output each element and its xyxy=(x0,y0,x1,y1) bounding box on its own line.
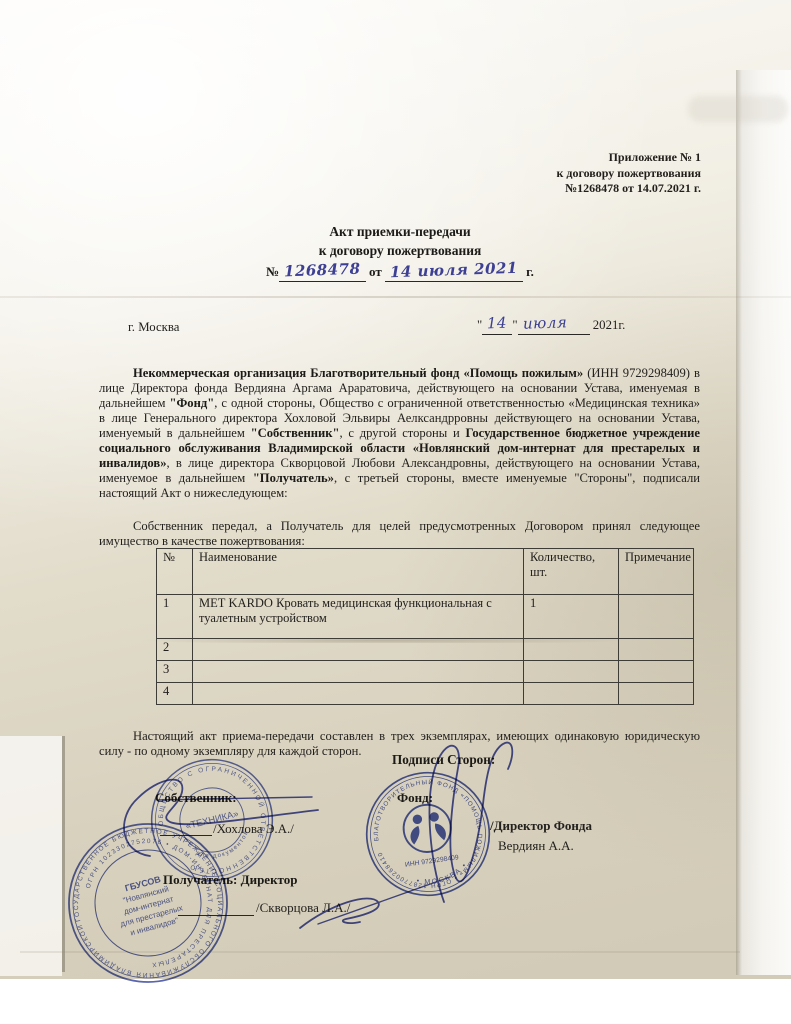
table-cell xyxy=(193,683,524,705)
table-header-cell: Примечание xyxy=(619,549,694,595)
city-label: г. Москва xyxy=(128,320,179,335)
table-cell xyxy=(524,639,619,661)
table-cell xyxy=(619,639,694,661)
doc-title-number-line: №1268478 от 14 июля 2021 г. xyxy=(100,264,700,282)
handwritten-contract-date: 14 июля 2021 xyxy=(390,261,518,281)
paper-left-margin xyxy=(0,736,62,976)
intro-bold-run: "Собственник" xyxy=(251,426,340,440)
table-cell: МЕТ KARDO Кровать медицинская функционал… xyxy=(193,595,524,639)
goods-table: №НаименованиеКоличество, шт.Примечание 1… xyxy=(156,548,694,705)
goods-table-wrapper: №НаименованиеКоличество, шт.Примечание 1… xyxy=(156,548,694,705)
appendix-line3: №1268478 от 14.07.2021 г. xyxy=(556,181,701,197)
fund-name: Вердиян А.А. xyxy=(498,838,574,854)
paper-right-edge-shadow xyxy=(736,70,791,975)
receiver-institution-stamp: ГОСУДАРСТВЕННОЕ БЮДЖЕТНОЕ УЧРЕЖДЕНИЕ СОЦ… xyxy=(63,818,233,988)
table-cell xyxy=(619,595,694,639)
appendix-note: Приложение № 1 к договору пожертвования … xyxy=(556,150,701,197)
scanned-document: Приложение № 1 к договору пожертвования … xyxy=(0,0,791,1024)
table-cell: 1 xyxy=(524,595,619,639)
intro-text-run: , с другой стороны и xyxy=(339,426,465,440)
table-row: 3 xyxy=(157,661,694,683)
table-row: 1МЕТ KARDO Кровать медицинская функциона… xyxy=(157,595,694,639)
appendix-line2: к договору пожертвования xyxy=(556,166,701,182)
intro-bold-run: "Фонд" xyxy=(170,396,215,410)
scan-smudge xyxy=(688,96,788,122)
table-cell: 1 xyxy=(157,595,193,639)
fund-stamp-inn-text: ИНН 9729298409 xyxy=(405,854,460,868)
table-row: 2 xyxy=(157,639,694,661)
table-cell xyxy=(619,683,694,705)
g-label: г. xyxy=(526,264,534,279)
receiver-name: /Скворцова Л.А./ xyxy=(256,900,350,916)
date-line: "14"июля 2021г. xyxy=(477,317,625,335)
doc-title-line2: к договору пожертвования xyxy=(100,243,700,259)
doc-title-line1: Акт приемки-передачи xyxy=(100,224,700,240)
intro-bold-run: Некоммерческая организация Благотворител… xyxy=(133,366,583,380)
table-cell: 4 xyxy=(157,683,193,705)
table-cell: 2 xyxy=(157,639,193,661)
handwritten-month: июля xyxy=(522,315,567,332)
table-cell xyxy=(193,661,524,683)
fund-stamp-logo xyxy=(408,811,447,845)
handwritten-contract-number: 1268478 xyxy=(284,262,361,280)
table-cell xyxy=(524,683,619,705)
table-cell xyxy=(524,661,619,683)
table-cell xyxy=(193,639,524,661)
appendix-line1: Приложение № 1 xyxy=(556,150,701,166)
fund-title: /Директор Фонда xyxy=(490,818,592,834)
intro-paragraph: Некоммерческая организация Благотворител… xyxy=(99,366,700,501)
table-header-cell: Количество, шт. xyxy=(524,549,619,595)
table-header-cell: № xyxy=(157,549,193,595)
table-row: 4 xyxy=(157,683,694,705)
transfer-paragraph: Собственник передал, а Получатель для це… xyxy=(99,519,700,549)
table-header-row: №НаименованиеКоличество, шт.Примечание xyxy=(157,549,694,595)
year-label: 2021г. xyxy=(593,318,626,332)
table-cell: 3 xyxy=(157,661,193,683)
fund-stamp: БЛАГОТВОРИТЕЛЬНЫЙ ФОНД «ПОМОЩЬ ПОЖИЛЫМ» … xyxy=(362,768,494,900)
signatures-heading: Подписи Сторон: xyxy=(392,752,495,768)
table-header-cell: Наименование xyxy=(193,549,524,595)
table-cell xyxy=(619,661,694,683)
intro-bold-run: "Получатель» xyxy=(253,471,334,485)
ot-label: от xyxy=(369,264,382,279)
number-sign: № xyxy=(266,264,279,279)
handwritten-day: 14 xyxy=(487,316,508,332)
